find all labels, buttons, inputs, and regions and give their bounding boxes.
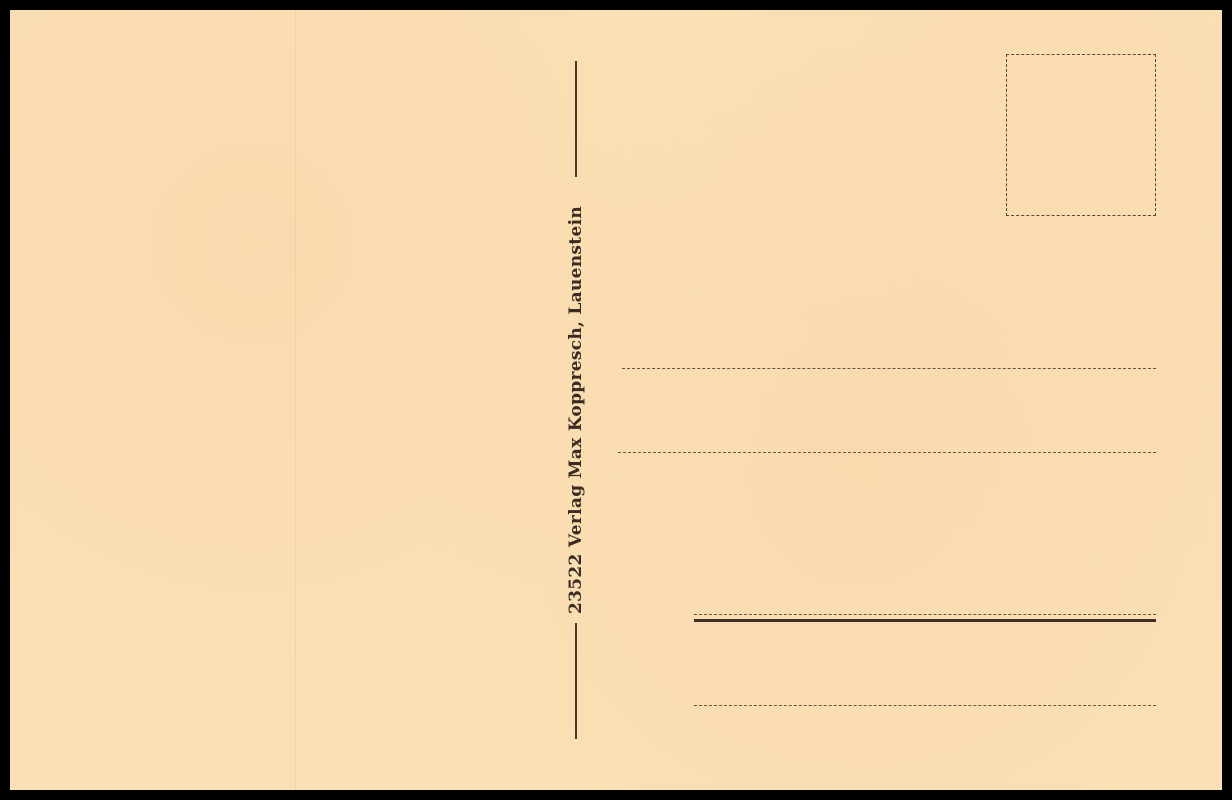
stamp-box: [1006, 54, 1156, 216]
address-line-3-dashed: [694, 614, 1156, 615]
address-line-3-solid: [694, 619, 1156, 622]
address-line-2: [618, 452, 1156, 453]
center-divider-top: [575, 61, 577, 177]
paper-crease: [295, 10, 296, 790]
postcard-back: 23522 Verlag Max Koppresch, Lauenstein: [10, 10, 1222, 790]
address-line-1: [622, 368, 1156, 369]
publisher-imprint: 23522 Verlag Max Koppresch, Lauenstein: [566, 206, 586, 614]
address-line-4: [694, 705, 1156, 706]
center-divider-bottom: [575, 623, 577, 739]
